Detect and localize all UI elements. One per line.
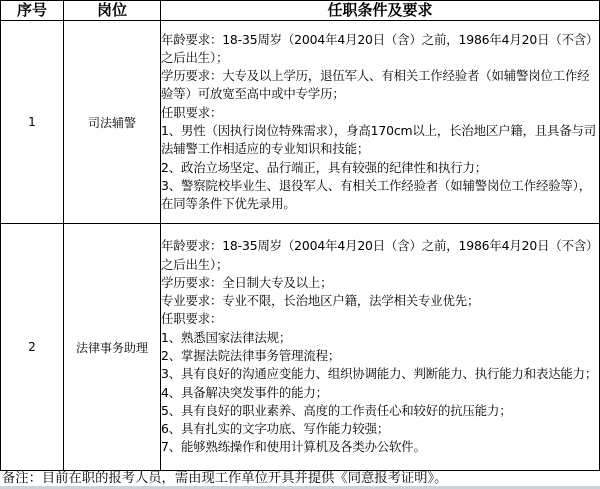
header-index: 序号 — [1, 1, 64, 21]
requirement-line: 学历要求：全日制大专及以上； — [161, 274, 599, 292]
requirement-line: 1、熟悉国家法律法规； — [161, 329, 599, 347]
header-requirements: 任职条件及要求 — [161, 1, 600, 21]
requirement-line: 任职要求： — [161, 310, 599, 328]
header-position: 岗位 — [64, 1, 161, 21]
requirement-line: 1、男性（因执行岗位特殊需求），身高170cm以上，长治地区户籍，且具备与司法辅… — [161, 122, 599, 159]
requirement-line: 5、具有良好的职业素养、高度的工作责任心和较好的抗压能力； — [161, 402, 599, 420]
requirement-line: 3、具有良好的沟通应变能力、组织协调能力、判断能力、执行能力和表达能力； — [161, 365, 599, 383]
requirement-line: 年龄要求：18-35周岁（2004年4月20日（含）之前，1986年4月20日（… — [161, 237, 599, 274]
requirement-line: 年龄要求：18-35周岁（2004年4月20日（含）之前，1986年4月20日（… — [161, 31, 599, 68]
requirement-line: 2、掌握法院法律事务管理流程； — [161, 347, 599, 365]
requirement-line: 专业要求：专业不限，长治地区户籍，法学相关专业优先； — [161, 292, 599, 310]
row-index: 1 — [1, 21, 64, 224]
row-requirements: 年龄要求：18-35周岁（2004年4月20日（含）之前，1986年4月20日（… — [161, 224, 600, 471]
row-position: 法律事务助理 — [64, 224, 161, 471]
requirements-table: 序号 岗位 任职条件及要求 1 司法辅警 年龄要求：18-35周岁（2004年4… — [0, 0, 600, 471]
requirement-line: 3、警察院校毕业生、退役军人、有相关工作经验者（如辅警岗位工作经验等），在同等条… — [161, 177, 599, 214]
table-header-row: 序号 岗位 任职条件及要求 — [1, 1, 600, 21]
row-position: 司法辅警 — [64, 21, 161, 224]
requirement-line: 2、政治立场坚定、品行端正，具有较强的纪律性和执行力； — [161, 159, 599, 177]
requirement-line: 学历要求：大专及以上学历，退伍军人、有相关工作经验者（如辅警岗位工作经验等）可放… — [161, 67, 599, 104]
requirement-line: 7、能够熟练操作和使用计算机及各类办公软件。 — [161, 438, 599, 456]
table-row: 2 法律事务助理 年龄要求：18-35周岁（2004年4月20日（含）之前，19… — [1, 224, 600, 471]
row-requirements: 年龄要求：18-35周岁（2004年4月20日（含）之前，1986年4月20日（… — [161, 21, 600, 224]
requirement-line: 4、具备解决突发事件的能力； — [161, 384, 599, 402]
requirement-line: 6、具有扎实的文字功底、写作能力较强； — [161, 420, 599, 438]
requirement-line: 任职要求： — [161, 104, 599, 122]
table-row: 1 司法辅警 年龄要求：18-35周岁（2004年4月20日（含）之前，1986… — [1, 21, 600, 224]
row-index: 2 — [1, 224, 64, 471]
